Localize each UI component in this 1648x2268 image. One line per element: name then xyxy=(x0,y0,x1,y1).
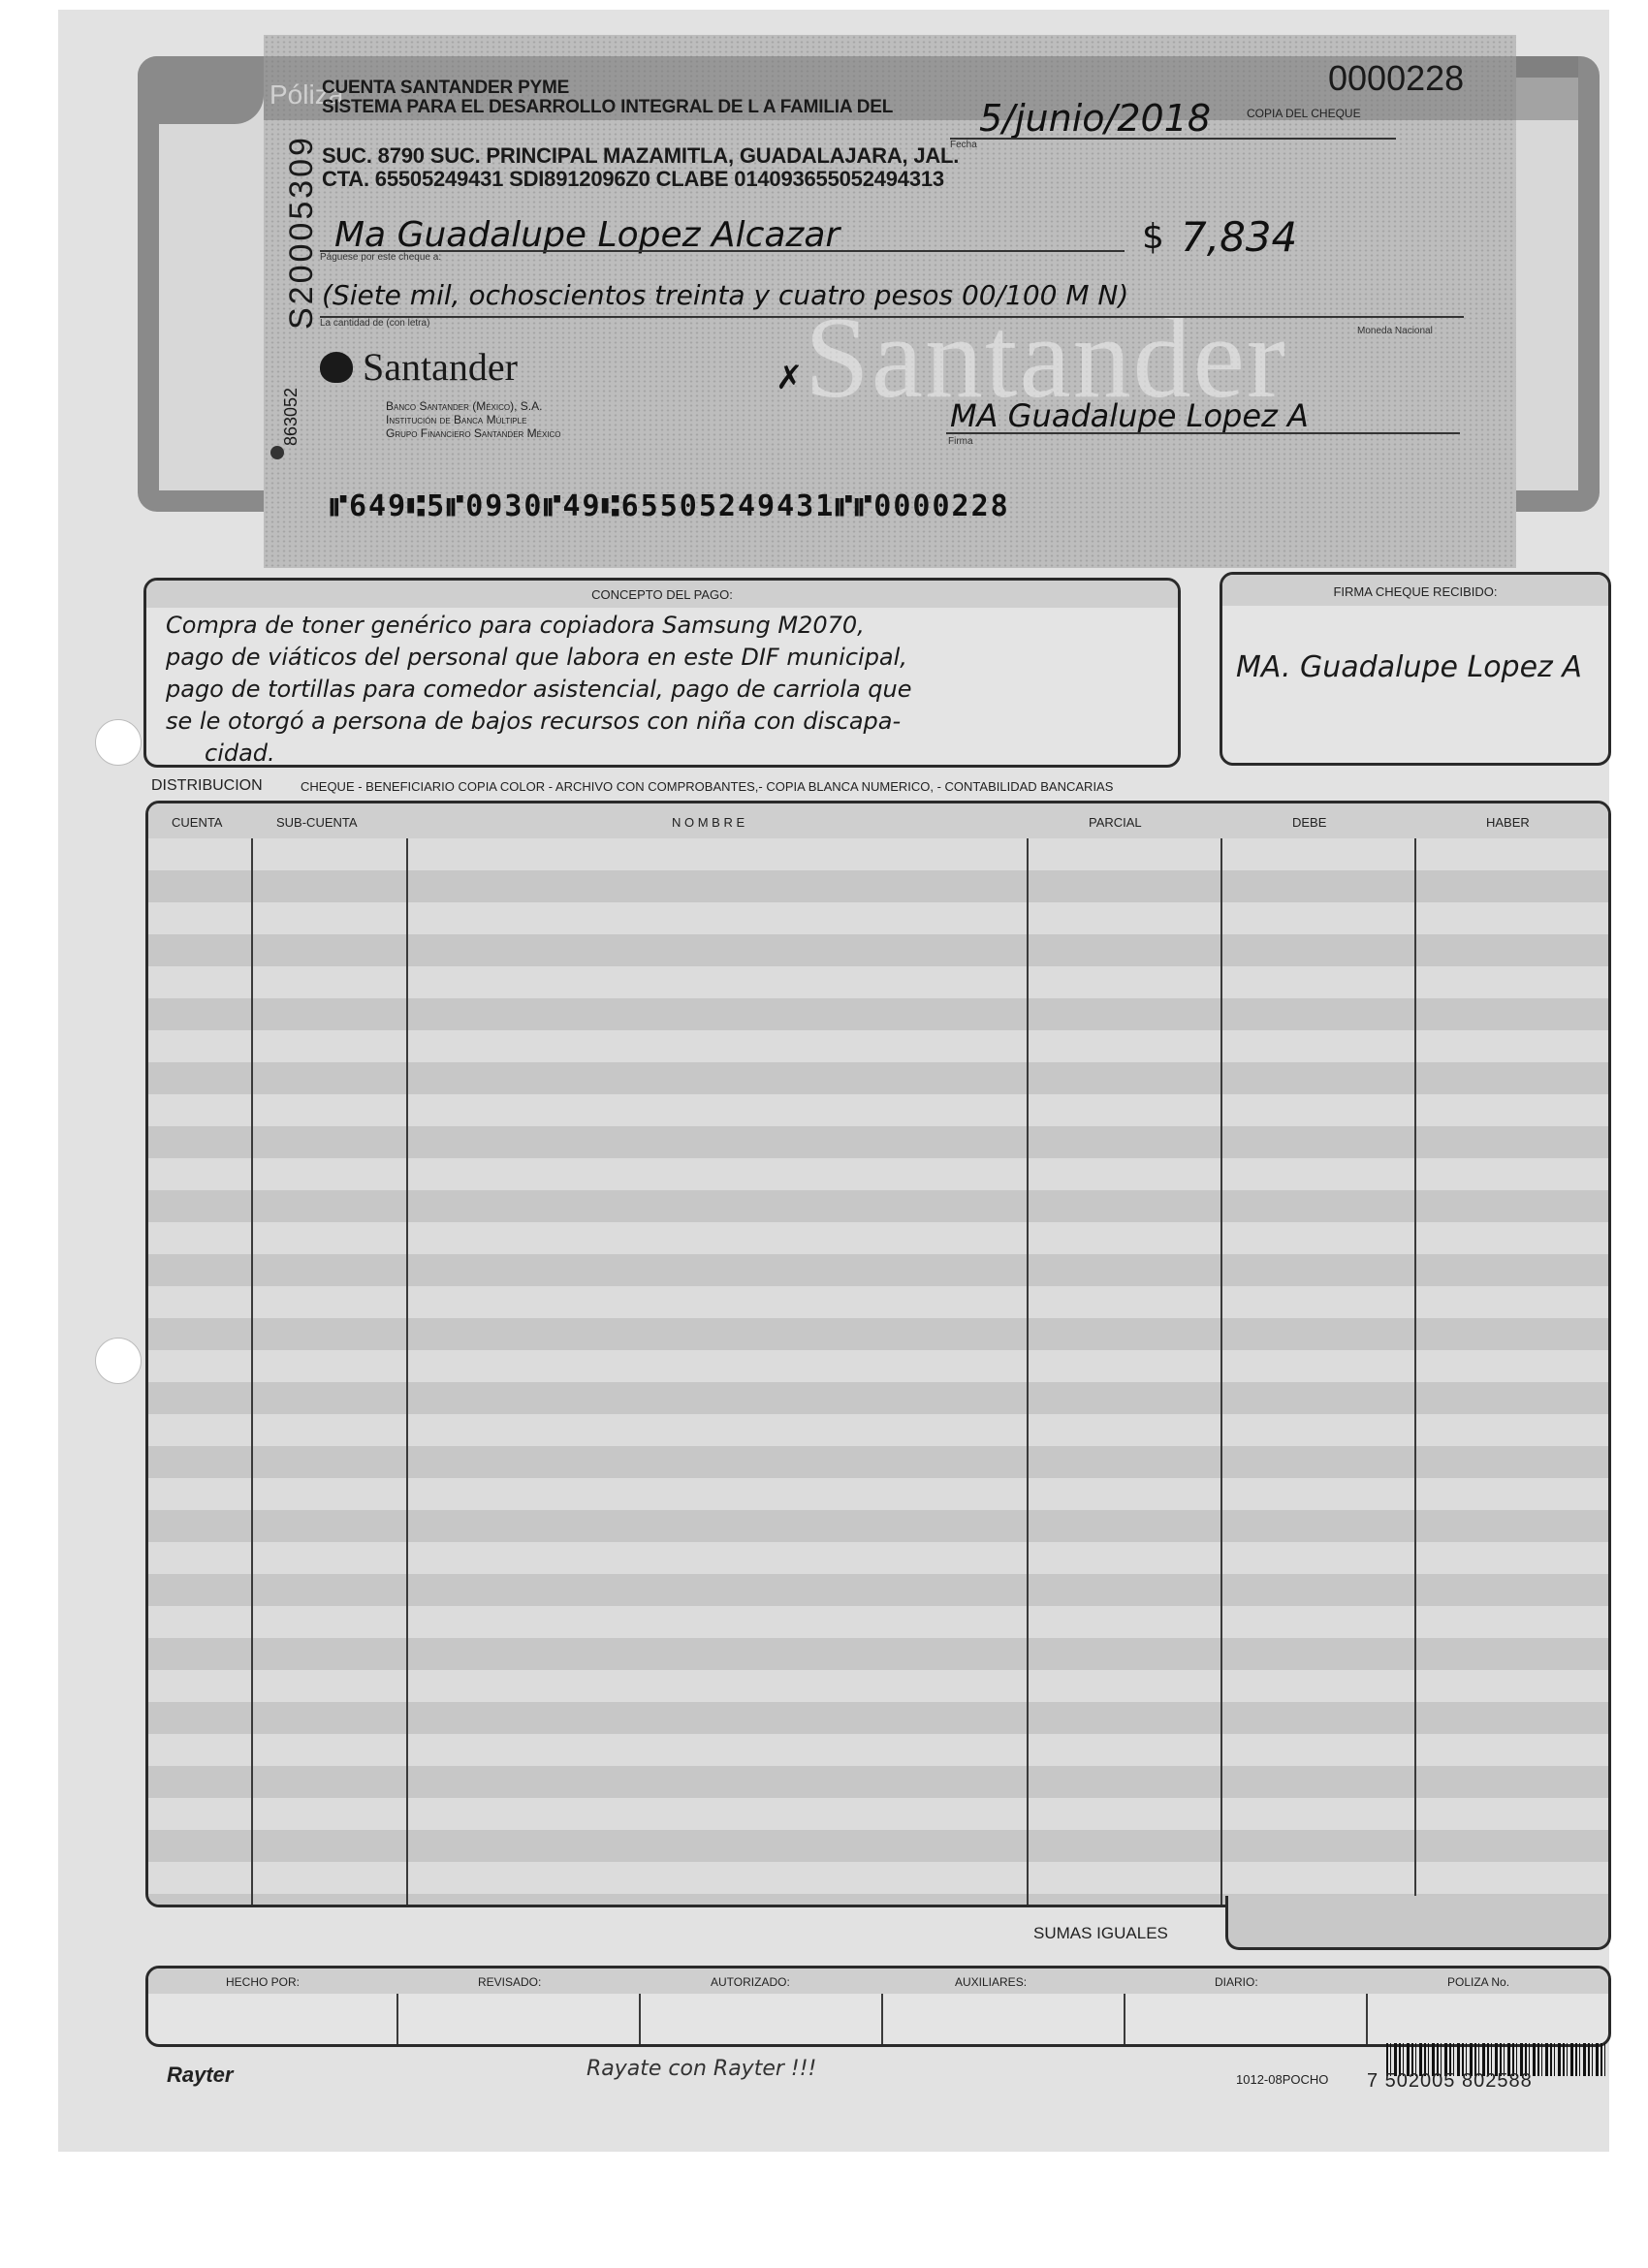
col-autorizado: AUTORIZADO: xyxy=(711,1975,790,1989)
signoff-header: HECHO POR: REVISADO: AUTORIZADO: AUXILIA… xyxy=(148,1969,1608,1994)
check-amount: 7,834 xyxy=(1181,213,1297,261)
check-number: 0000228 xyxy=(1328,58,1464,99)
column-divider xyxy=(639,1994,641,2044)
copy-label: COPIA DEL CHEQUE xyxy=(1247,107,1361,120)
firma-label: FIRMA CHEQUE RECIBIDO: xyxy=(1222,575,1608,606)
column-divider xyxy=(1366,1994,1368,2044)
account-holder: SISTEMA PARA EL DESARROLLO INTEGRAL DE L… xyxy=(322,97,893,118)
form-code: 1012-08POCHO xyxy=(1236,2072,1328,2087)
concepto-line: se le otorgó a persona de bajos recursos… xyxy=(166,706,1158,738)
firma-cheque-recibido-box: FIRMA CHEQUE RECIBIDO: MA. Guadalupe Lop… xyxy=(1220,572,1611,766)
payee-name: Ma Guadalupe Lopez Alcazar xyxy=(334,215,840,255)
punch-hole xyxy=(95,719,142,766)
check-frame-tab xyxy=(138,56,264,124)
amount-words-line xyxy=(320,316,1464,318)
ledger-rows[interactable] xyxy=(148,838,1608,1905)
signoff-table: HECHO POR: REVISADO: AUTORIZADO: AUXILIA… xyxy=(145,1966,1611,2047)
distribucion-label: DISTRIBUCION xyxy=(151,777,263,795)
fingerprint-icon xyxy=(270,446,284,459)
column-divider xyxy=(1124,1994,1125,2044)
signature-label: Firma xyxy=(948,436,973,447)
column-divider xyxy=(1414,838,1416,1905)
col-haber: HABER xyxy=(1486,815,1530,830)
rayter-slogan: Rayate con Rayter !!! xyxy=(586,2057,816,2081)
branch-info: SUC. 8790 SUC. PRINCIPAL MAZAMITLA, GUAD… xyxy=(322,143,959,169)
concepto-line: cidad. xyxy=(166,738,1158,768)
column-divider xyxy=(1220,838,1222,1905)
currency-symbol: $ xyxy=(1142,217,1164,257)
col-parcial: PARCIAL xyxy=(1089,815,1142,830)
barcode-number: 7 502005 802588 xyxy=(1367,2070,1533,2093)
check-serial-small: 863052 xyxy=(281,388,301,446)
currency-label: Moneda Nacional xyxy=(1357,326,1433,336)
column-divider xyxy=(881,1994,883,2044)
ledger-table: CUENTA SUB-CUENTA N O M B R E PARCIAL DE… xyxy=(145,801,1611,1907)
check-date: 5/junio/2018 xyxy=(979,97,1211,140)
col-sub-cuenta: SUB-CUENTA xyxy=(276,815,358,830)
date-line xyxy=(950,138,1396,140)
concepto-text: Compra de toner genérico para copiadora … xyxy=(146,608,1178,768)
bank-line: Banco Santander (México), S.A. xyxy=(386,399,561,413)
concepto-line: Compra de toner genérico para copiadora … xyxy=(166,610,1158,642)
column-divider xyxy=(1027,838,1029,1905)
bank-legal-lines: Banco Santander (México), S.A. Instituci… xyxy=(386,399,561,440)
col-poliza-no: POLIZA No. xyxy=(1447,1975,1509,1989)
drawer-signature: MA Guadalupe Lopez A xyxy=(950,397,1309,434)
account-type: CUENTA SANTANDER PYME xyxy=(322,78,569,99)
col-auxiliares: AUXILIARES: xyxy=(955,1975,1027,1989)
amount-in-words: (Siete mil, ochoscientos treinta y cuatr… xyxy=(322,279,1128,311)
column-divider xyxy=(396,1994,398,2044)
distribucion-detail: CHEQUE - BENEFICIARIO COPIA COLOR - ARCH… xyxy=(301,779,1113,794)
micr-line: ⑈649⑆5⑈0930⑈49⑆65505249431⑈⑈0000228 xyxy=(330,489,1010,523)
signature-line xyxy=(946,432,1460,434)
ledger-header: CUENTA SUB-CUENTA N O M B R E PARCIAL DE… xyxy=(148,803,1608,838)
column-divider xyxy=(406,838,408,1905)
concepto-del-pago-box: CONCEPTO DEL PAGO: Compra de toner genér… xyxy=(143,578,1181,768)
col-cuenta: CUENTA xyxy=(172,815,222,830)
rayter-logo: Rayter xyxy=(167,2063,233,2088)
payee-label: Páguese por este cheque a: xyxy=(320,252,441,263)
check-serial-vertical: S20005309 xyxy=(283,135,321,330)
bank-name: Santander xyxy=(363,344,518,390)
col-debe: DEBE xyxy=(1292,815,1326,830)
col-diario: DIARIO: xyxy=(1215,1975,1258,1989)
date-label: Fecha xyxy=(950,140,977,150)
col-nombre: N O M B R E xyxy=(672,815,745,830)
concepto-line: pago de tortillas para comedor asistenci… xyxy=(166,674,1158,706)
sumas-iguales-label: SUMAS IGUALES xyxy=(1033,1924,1168,1943)
sumas-iguales-box[interactable] xyxy=(1225,1896,1611,1950)
column-divider xyxy=(251,838,253,1905)
bank-line: Grupo Financiero Santander México xyxy=(386,426,561,440)
santander-flame-icon xyxy=(320,352,353,383)
account-numbers: CTA. 65505249431 SDI8912096Z0 CLABE 0140… xyxy=(322,167,944,192)
amount-words-label: La cantidad de (con letra) xyxy=(320,318,429,329)
concepto-label: CONCEPTO DEL PAGO: xyxy=(146,581,1178,608)
concepto-line: pago de viáticos del personal que labora… xyxy=(166,642,1158,674)
receiver-signature: MA. Guadalupe Lopez A xyxy=(1236,650,1582,684)
bank-line: Institución de Banca Múltiple xyxy=(386,413,561,426)
col-hecho-por: HECHO POR: xyxy=(226,1975,300,1989)
punch-hole xyxy=(95,1338,142,1384)
santander-logo: Santander xyxy=(320,344,518,390)
authorizer-scribble-signature: ✗ xyxy=(776,359,804,397)
col-revisado: REVISADO: xyxy=(478,1975,541,1989)
